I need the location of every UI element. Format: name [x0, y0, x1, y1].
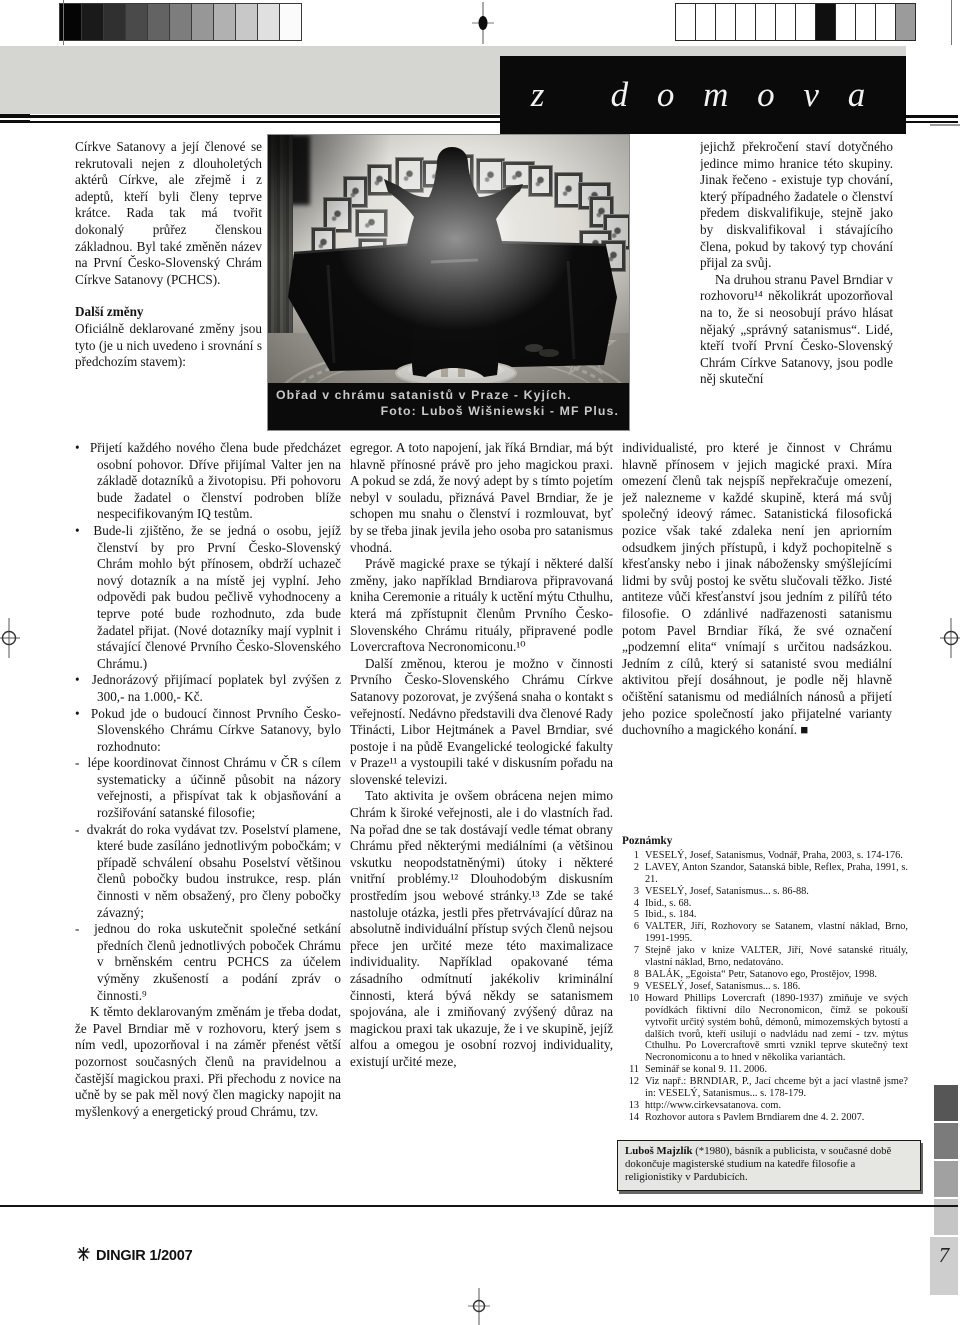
article-column-1-top: Církve Satanovy a její členové se rekrut… [75, 139, 262, 439]
footnote-text: Howard Phillips Lovercraft (1890-1937) z… [645, 993, 908, 1064]
footnote-number: 12 [622, 1076, 639, 1100]
color-check-squares [676, 3, 916, 41]
footnotes-list: 1 VESELÝ, Josef, Satanismus, Vodnář, Pra… [622, 850, 908, 1124]
paragraph: Právě magické praxe se týkají i některé … [350, 556, 613, 656]
footnote-text: VESELÝ, Josef, Satanismus... s. 86-88. [645, 886, 908, 898]
footnote-number: 14 [622, 1112, 639, 1124]
footnote-text: http://www.cirkevsatanova. com. [645, 1100, 908, 1112]
footnote-text: Stejně jako v knize VALTER, Jiří, Nové s… [645, 945, 908, 969]
paragraph: - dvakrát do roka vydávat tzv. Poselství… [75, 822, 341, 922]
paragraph: - jednou do roka uskutečnit společné set… [75, 921, 341, 1004]
crop-mark [951, 0, 952, 45]
footnote-item: 12 Viz např.: BRNDIAR, P., Jací chceme b… [622, 1076, 908, 1100]
footnote-item: 4 Ibid., s. 68. [622, 898, 908, 910]
photo-credit: Foto: Luboš Wišniewski - MF Plus. [276, 404, 619, 418]
article-column-1: • Přijetí každého nového člena bude před… [75, 440, 341, 1195]
section-title: z d o m o v a [531, 75, 875, 115]
footnote-number: 3 [622, 886, 639, 898]
footnote-text: Seminář se konal 9. 11. 2006. [645, 1064, 908, 1076]
paragraph: • Jednorázový přijímací poplatek byl zvý… [75, 672, 341, 705]
footnote-number: 7 [622, 945, 639, 969]
article-column-3: individualisté, pro které je činnost v C… [622, 440, 892, 832]
footnote-text: BALÁK, „Egoista“ Petr, Satanovo ego, Pro… [645, 969, 908, 981]
footnote-item: 2 LAVEY, Anton Szandor, Satanská bible, … [622, 862, 908, 886]
magazine-page: { "header": { "section_label": "z d o m … [0, 0, 960, 1325]
footnote-item: 14 Rozhovor autora s Pavlem Brndiarem dn… [622, 1112, 908, 1124]
footnote-number: 6 [622, 921, 639, 945]
footnote-number: 9 [622, 981, 639, 993]
footnote-text: VESELÝ, Josef, Satanismus... s. 186. [645, 981, 908, 993]
footnote-text: Rozhovor autora s Pavlem Brndiarem dne 4… [645, 1112, 908, 1124]
grayscale-calibration-bar [60, 3, 302, 41]
footnote-item: 11 Seminář se konal 9. 11. 2006. [622, 1064, 908, 1076]
footnote-text: Ibid., s. 68. [645, 898, 908, 910]
footnote-text: LAVEY, Anton Szandor, Satanská bible, Re… [645, 862, 908, 886]
footnote-item: 10 Howard Phillips Lovercraft (1890-1937… [622, 993, 908, 1064]
page-number: 7 [939, 1243, 950, 1268]
footnote-item: 6 VALTER, Jiří, Rozhovory se Satanem, vl… [622, 921, 908, 945]
paragraph: Oficiálně deklarované změny jsou tyto (j… [75, 321, 262, 371]
paragraph: K těmto deklarovaným změnám je třeba dod… [75, 1004, 341, 1120]
registration-mark-top [470, 2, 496, 44]
footnote-item: 8 BALÁK, „Egoista“ Petr, Satanovo ego, P… [622, 969, 908, 981]
footnote-item: 5 Ibid., s. 184. [622, 909, 908, 921]
paragraph: Další změnou, kterou je možno v činnosti… [350, 656, 613, 789]
footnote-item: 7 Stejně jako v knize VALTER, Jiří, Nové… [622, 945, 908, 969]
article-column-2: egregor. A toto napojení, jak říká Brndi… [350, 440, 613, 1195]
grayscale-step-strip [934, 1085, 958, 1237]
footnotes-section: Poznámky 1 VESELÝ, Josef, Satanismus, Vo… [622, 836, 908, 1124]
section-title-box: z d o m o v a [500, 56, 906, 134]
footnote-number: 13 [622, 1100, 639, 1112]
paragraph: • Bude-li zjištěno, že se jedná o osobu,… [75, 523, 341, 672]
photo-vignette [268, 135, 629, 383]
footnote-number: 10 [622, 993, 639, 1064]
paragraph: individualisté, pro které je činnost v C… [622, 440, 892, 739]
footnote-item: 3 VESELÝ, Josef, Satanismus... s. 86-88. [622, 886, 908, 898]
footnote-number: 8 [622, 969, 639, 981]
paragraph: egregor. A toto napojení, jak říká Brndi… [350, 440, 613, 556]
registration-mark-left [0, 618, 22, 658]
registration-mark-bottom [466, 1288, 492, 1325]
paragraph: - lépe koordinovat činnost Chrámu v ČR s… [75, 755, 341, 821]
footnote-number: 5 [622, 909, 639, 921]
footnote-number: 1 [622, 850, 639, 862]
footer-rule [0, 1205, 958, 1207]
footnotes-heading: Poznámky [622, 836, 908, 848]
grayscale-step [934, 1123, 958, 1159]
paragraph: Další změny [75, 304, 262, 321]
paragraph: jejichž překročení staví dotyčného jedin… [700, 139, 893, 272]
paragraph: Na druhou stranu Pavel Brndiar v rozhovo… [700, 272, 893, 388]
page-number-box: 7 [930, 1237, 958, 1295]
dingir-logo-icon [76, 1246, 91, 1266]
author-bio-box: Luboš Majzlík (*1980), básník a publicis… [617, 1140, 921, 1191]
photo-scene [268, 135, 629, 383]
photo-caption: Obřad v chrámu satanistů v Praze - Kyjíc… [276, 388, 621, 402]
article-column-3-top: jejichž překročení staví dotyčného jedin… [700, 139, 893, 439]
footnote-text: VALTER, Jiří, Rozhovory se Satanem, vlas… [645, 921, 908, 945]
paragraph: Církve Satanovy a její členové se rekrut… [75, 139, 262, 288]
footnote-item: 13 http://www.cirkevsatanova. com. [622, 1100, 908, 1112]
edge-tick-mark [930, 124, 960, 126]
paragraph: Tato aktivita je ovšem obrácena nejen mi… [350, 788, 613, 1070]
journal-issue-label: DINGIR 1/2007 [96, 1248, 193, 1264]
paragraph: • Pokud jde o budoucí činnost Prvního Če… [75, 706, 341, 756]
author-name: Luboš Majzlík [625, 1145, 693, 1157]
footnote-item: 9 VESELÝ, Josef, Satanismus... s. 186. [622, 981, 908, 993]
grayscale-step [934, 1161, 958, 1197]
grayscale-step [934, 1085, 958, 1121]
ritual-photo: Obřad v chrámu satanistů v Praze - Kyjíc… [268, 135, 629, 430]
footnote-item: 1 VESELÝ, Josef, Satanismus, Vodnář, Pra… [622, 850, 908, 862]
journal-imprint: DINGIR 1/2007 [76, 1246, 193, 1266]
registration-mark-right [938, 618, 960, 658]
footnote-number: 4 [622, 898, 639, 910]
photo-caption-bar: Obřad v chrámu satanistů v Praze - Kyjíc… [268, 383, 629, 430]
crop-mark [63, 0, 64, 45]
paragraph: • Přijetí každého nového člena bude před… [75, 440, 341, 523]
footnote-number: 11 [622, 1064, 639, 1076]
footnote-text: VESELÝ, Josef, Satanismus, Vodnář, Praha… [645, 850, 908, 862]
footnote-text: Viz např.: BRNDIAR, P., Jací chceme být … [645, 1076, 908, 1100]
footnote-number: 2 [622, 862, 639, 886]
footnote-text: Ibid., s. 184. [645, 909, 908, 921]
